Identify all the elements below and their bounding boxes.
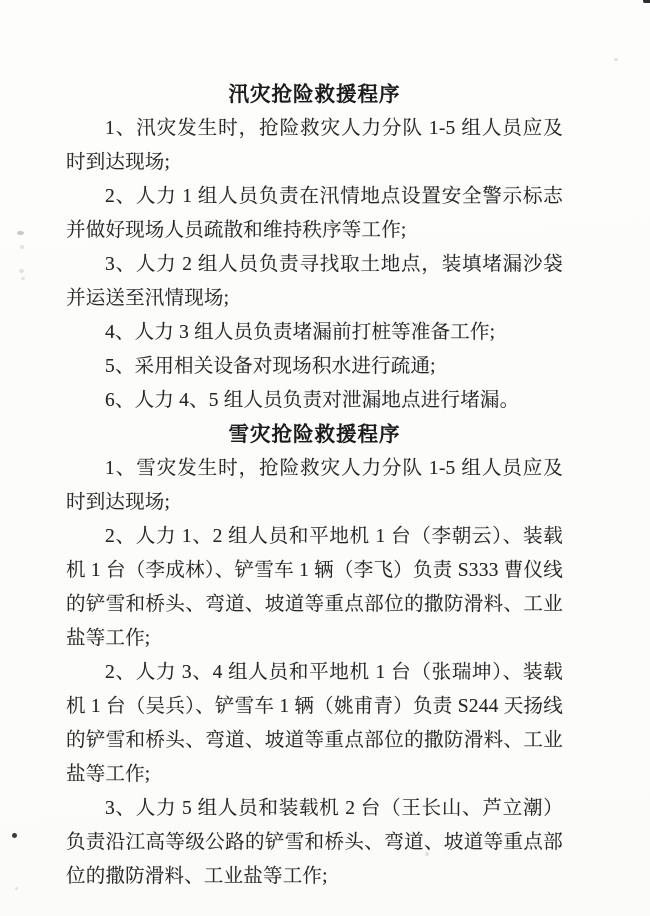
document-page: 汛灾抢险救援程序 1、汛灾发生时，抢险救灾人力分队 1-5 组人员应及时到达现场… bbox=[0, 0, 650, 916]
flood-procedure-item-1: 1、汛灾发生时，抢险救灾人力分队 1-5 组人员应及时到达现场; bbox=[66, 112, 563, 180]
scan-speckle bbox=[20, 245, 24, 249]
flood-procedure-item-3: 3、人力 2 组人员负责寻找取土地点，装填堵漏沙袋并运送至汛情现场; bbox=[66, 248, 563, 316]
flood-procedure-item-2: 2、人力 1 组人员负责在汛情地点设置安全警示标志并做好现场人员疏散和维持秩序等… bbox=[66, 180, 563, 248]
snow-procedure-item-3: 2、人力 3、4 组人员和平地机 1 台（张瑞坤）、装载机 1 台（吴兵）、铲雪… bbox=[66, 656, 563, 792]
document-content: 汛灾抢险救援程序 1、汛灾发生时，抢险救灾人力分队 1-5 组人员应及时到达现场… bbox=[66, 78, 563, 894]
scan-speckle bbox=[15, 887, 18, 890]
flood-procedure-item-6: 6、人力 4、5 组人员负责对泄漏地点进行堵漏。 bbox=[66, 384, 563, 418]
section-title-snow-rescue: 雪灾抢险救援程序 bbox=[66, 418, 563, 452]
scan-speckle bbox=[12, 833, 17, 838]
flood-procedure-item-5: 5、采用相关设备对现场积水进行疏通; bbox=[66, 350, 563, 384]
snow-procedure-item-1: 1、雪灾发生时，抢险救灾人力分队 1-5 组人员应及时到达现场; bbox=[66, 452, 563, 520]
scan-speckle bbox=[21, 277, 25, 280]
scan-speckle bbox=[19, 269, 24, 273]
scan-speckle bbox=[17, 231, 24, 235]
scan-speckle bbox=[614, 58, 618, 61]
flood-procedure-item-4: 4、人力 3 组人员负责堵漏前打桩等准备工作; bbox=[66, 316, 563, 350]
section-title-flood-rescue: 汛灾抢险救援程序 bbox=[66, 78, 563, 112]
scan-corner-mark bbox=[643, 0, 650, 3]
snow-procedure-item-2: 2、人力 1、2 组人员和平地机 1 台（李朝云）、装载机 1 台（李成林）、铲… bbox=[66, 520, 563, 656]
snow-procedure-item-4: 3、人力 5 组人员和装载机 2 台（王长山、芦立潮）负责沿江高等级公路的铲雪和… bbox=[66, 792, 563, 894]
